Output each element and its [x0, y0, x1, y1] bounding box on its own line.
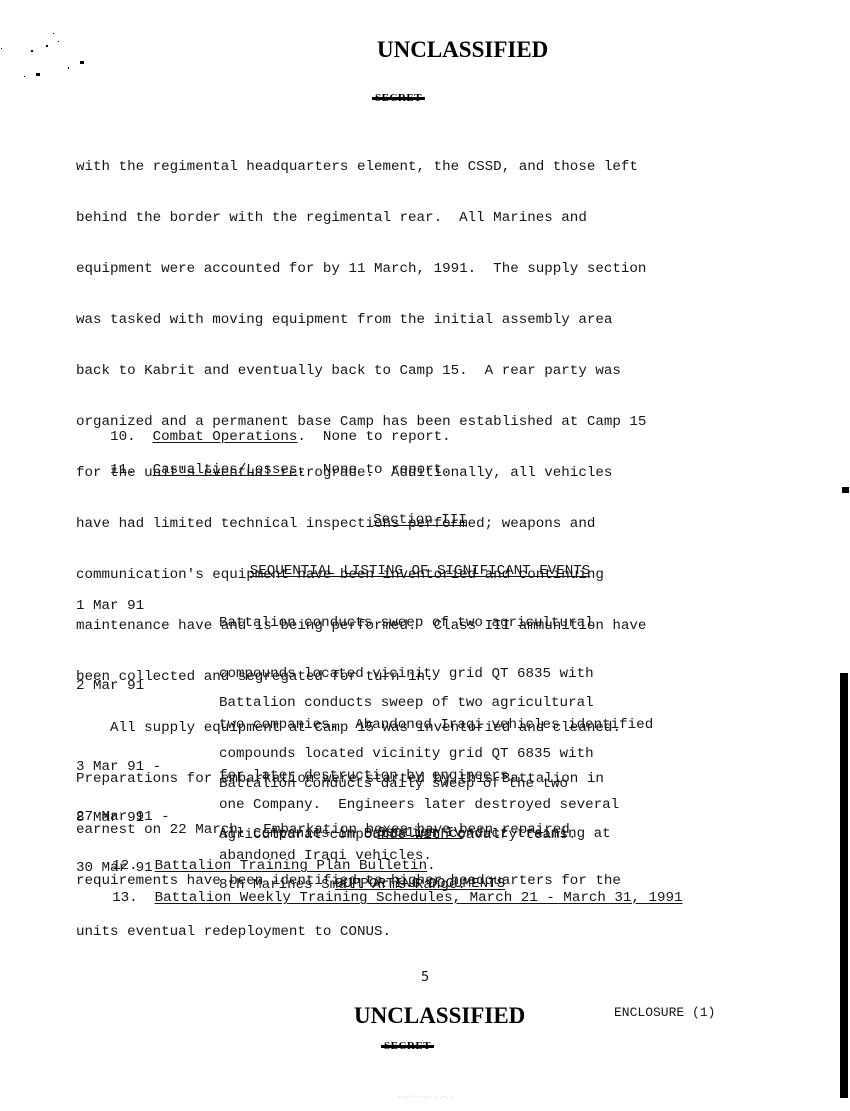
document-title: Battalion Training Plan Bulletin	[155, 858, 427, 874]
document-title: Battalion Weekly Training Schedules, Mar…	[155, 890, 683, 906]
text-line: was tasked with moving equipment from th…	[76, 312, 646, 329]
text-line: equipment were accounted for by 11 March…	[76, 261, 646, 278]
scan-speck	[31, 50, 33, 52]
text-line: with the regimental headquarters element…	[76, 159, 646, 176]
scan-speck	[36, 73, 40, 76]
scan-noise: ·.·.·:·.·.·. · .·. ·	[398, 1094, 454, 1100]
scan-speck	[1, 48, 2, 49]
scan-edge-mark	[842, 487, 849, 493]
footer-classification: UNCLASSIFIED	[354, 1003, 525, 1029]
supporting-document-13: 13. Battalion Weekly Training Schedules,…	[78, 873, 683, 924]
event-entry: 1 Mar 91 Battalion conducts sweep of two…	[76, 530, 776, 600]
item-number: 11.	[110, 462, 136, 478]
item-text: . None to report.	[297, 429, 450, 445]
item-number: 12.	[112, 858, 138, 874]
text-line: back to Kabrit and eventually back to Ca…	[76, 363, 646, 380]
enclosure-label: ENCLOSURE (1)	[614, 1004, 715, 1021]
page-number: 5	[421, 970, 429, 985]
scan-speck	[68, 67, 69, 69]
section-label: Section III	[160, 512, 680, 529]
footer-struck-secret: SECRET	[384, 1040, 431, 1052]
scan-speck	[53, 33, 54, 34]
scan-speck	[80, 61, 84, 64]
item-title: Casualties/Losses	[153, 462, 298, 478]
text-line: behind the border with the regimental re…	[76, 210, 646, 227]
item-text: . None to report.	[297, 462, 450, 478]
document-page: UNCLASSIFIED SECRET with the regimental …	[0, 0, 850, 1111]
strikethrough-bar	[381, 1045, 434, 1048]
scan-speck	[58, 41, 59, 42]
scan-speck	[46, 45, 48, 47]
item-number: 10.	[110, 429, 136, 445]
header-struck-secret: SECRET	[375, 92, 422, 104]
header-classification: UNCLASSIFIED	[377, 37, 548, 63]
strikethrough-bar	[372, 97, 425, 100]
item-number: 13.	[112, 890, 138, 906]
event-entry: 27 Mar 91 - 30 Mar 91 All Companies in B…	[76, 741, 776, 777]
scan-edge-bar	[840, 673, 848, 1098]
section-label: Section IV	[160, 825, 680, 842]
scan-speck	[24, 76, 25, 77]
event-entry: 3 Mar 91 - 8 Mar 91 Battalion conducts d…	[76, 691, 776, 727]
event-entry: 2 Mar 91 Battalion conducts sweep of two…	[76, 610, 776, 680]
item-title: Combat Operations	[153, 429, 298, 445]
